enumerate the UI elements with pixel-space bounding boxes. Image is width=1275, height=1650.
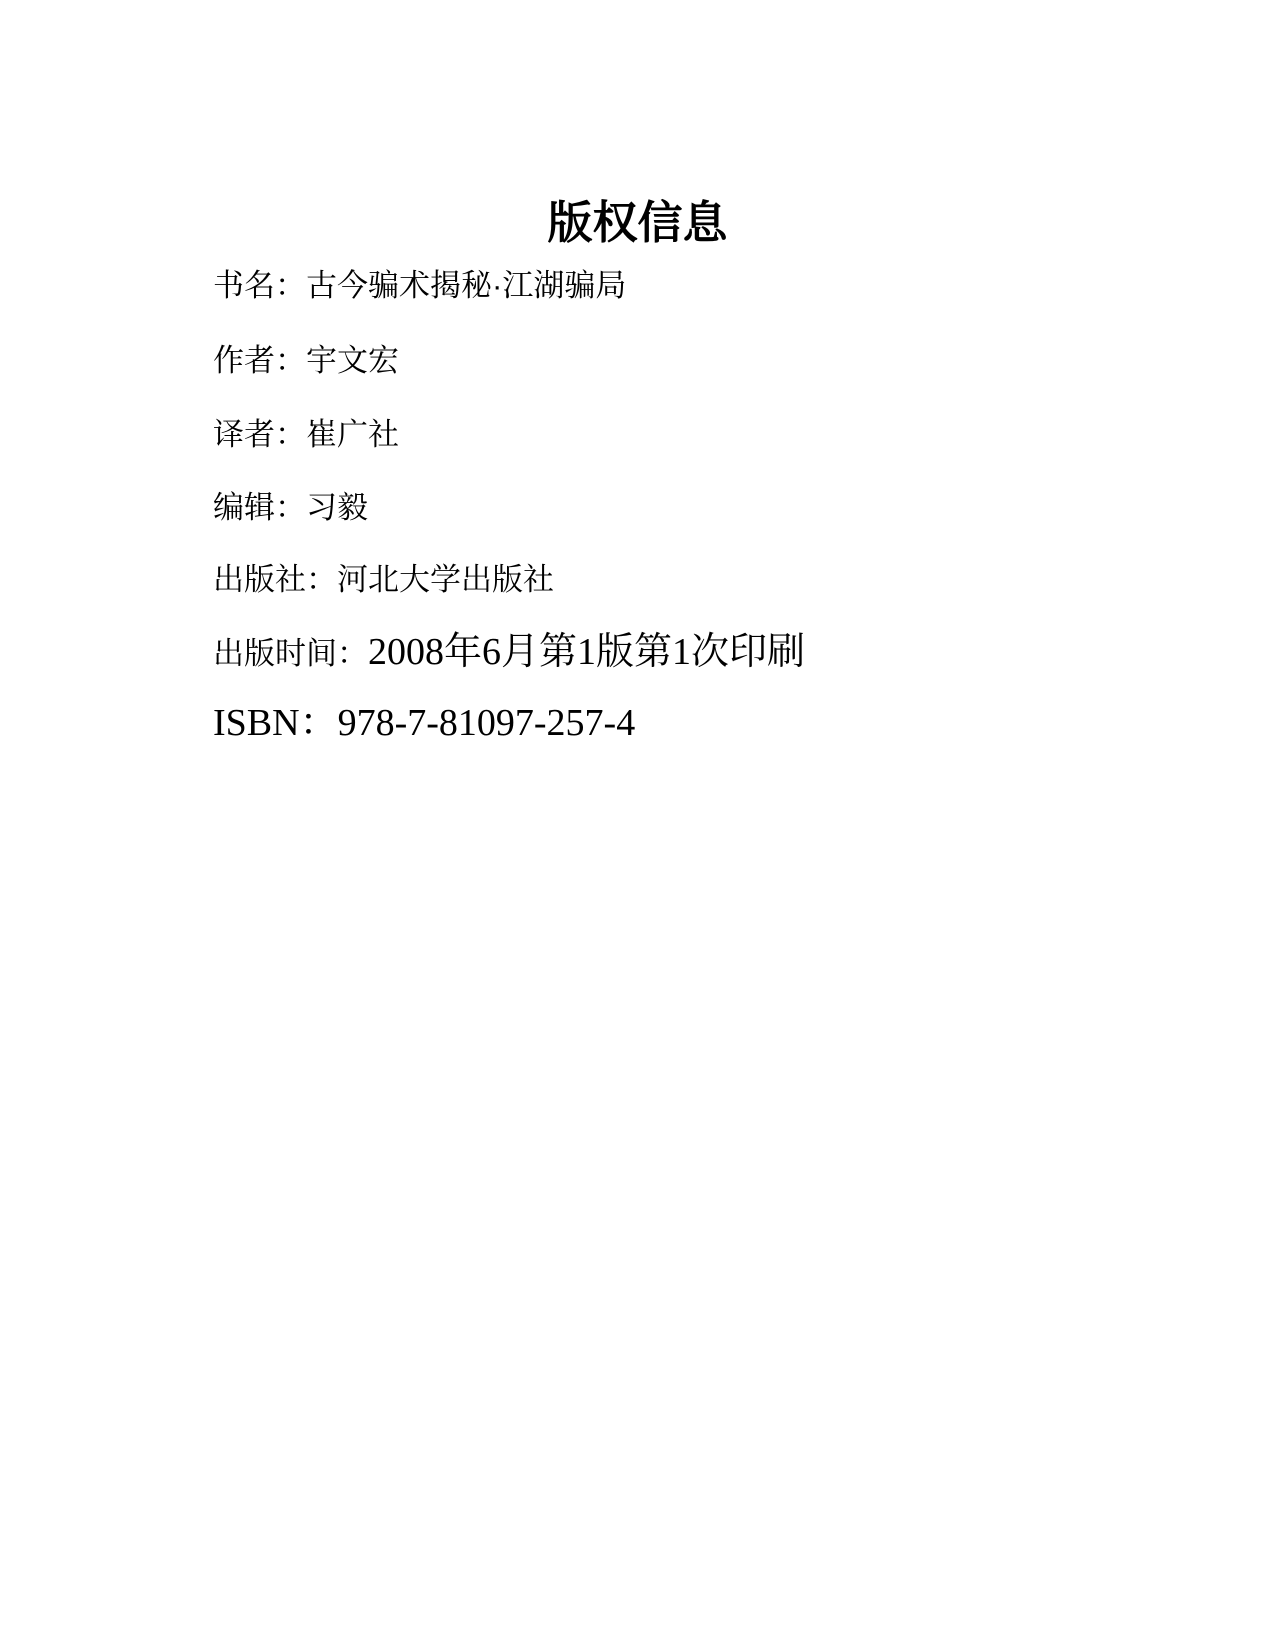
field-value: 2008年6月第1版第1次印刷 [368,631,805,673]
field-separator: ： [275,268,306,303]
field-row-author: 作者：宇文宏 [213,343,399,379]
field-row-isbn: ISBN：978-7-81097-257-4 [213,702,635,746]
field-value: 古今骗术揭秘·江湖骗局 [306,268,626,303]
field-row-publish-date: 出版时间：2008年6月第1版第1次印刷 [213,631,805,675]
copyright-page: 版权信息 书名：古今骗术揭秘·江湖骗局 作者：宇文宏 译者：崔广社 编辑：习毅 … [0,0,1275,1650]
field-value: 河北大学出版社 [337,562,554,597]
field-separator: ： [337,636,368,671]
field-separator: ： [275,417,306,452]
field-row-translator: 译者：崔广社 [213,417,399,453]
field-label: 出版时间 [213,636,337,671]
field-separator: ： [300,702,338,744]
field-label: 译者 [213,417,275,452]
field-label: 出版社 [213,562,306,597]
page-title: 版权信息 [0,198,1275,248]
field-label: 书名 [213,268,275,303]
field-row-book-title: 书名：古今骗术揭秘·江湖骗局 [213,268,626,304]
field-row-editor: 编辑：习毅 [213,490,368,526]
field-value: 宇文宏 [306,343,399,378]
field-value: 崔广社 [306,417,399,452]
field-label: 编辑 [213,490,275,525]
field-label: ISBN [213,702,300,744]
field-value: 978-7-81097-257-4 [338,702,636,744]
field-separator: ： [306,562,337,597]
field-separator: ： [275,490,306,525]
field-separator: ： [275,343,306,378]
field-value: 习毅 [306,490,368,525]
field-row-publisher: 出版社：河北大学出版社 [213,562,554,598]
field-label: 作者 [213,343,275,378]
